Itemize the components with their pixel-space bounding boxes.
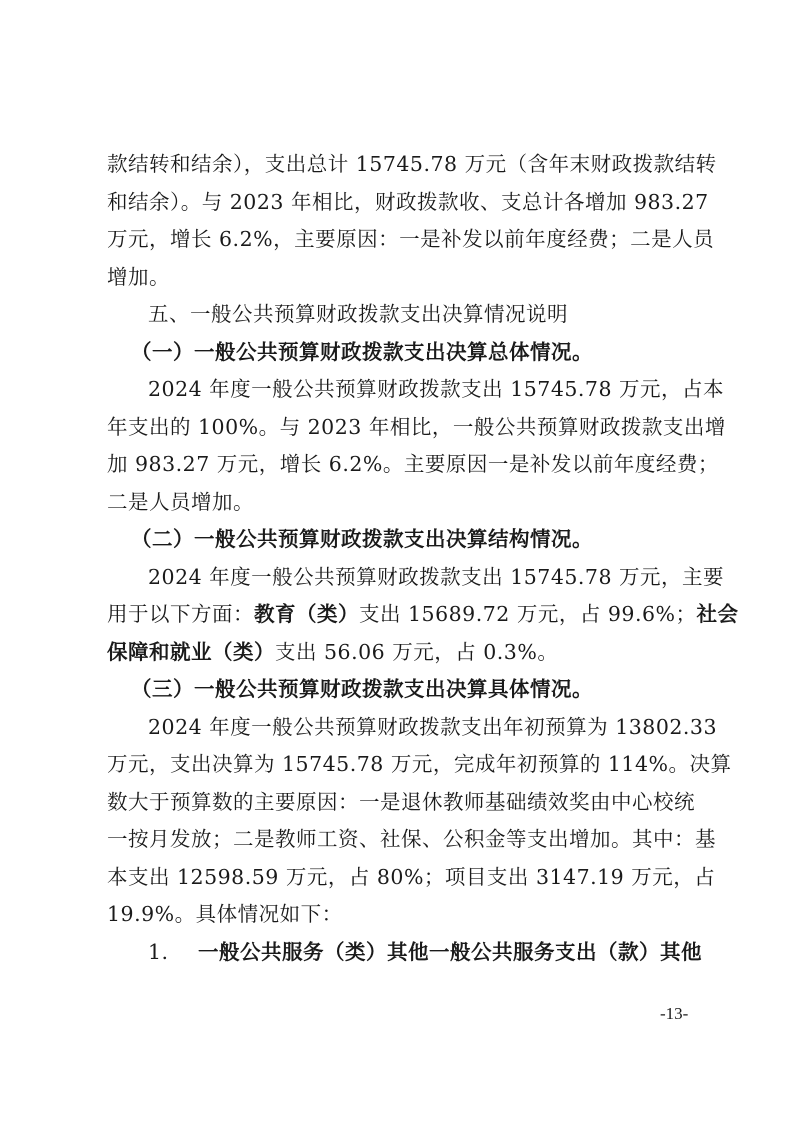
bold-category: 保障和就业（类）: [107, 640, 275, 664]
paragraph-line: 二是人员增加。: [107, 484, 692, 522]
paragraph-line: 款结转和结余），支出总计 15745.78 万元（含年末财政拨款结转: [107, 146, 692, 184]
paragraph-line: 一按月发放；二是教师工资、社保、公积金等支出增加。其中：基: [107, 821, 692, 859]
paragraph-line: 2024 年度一般公共预算财政拨款支出 15745.78 万元，主要: [107, 559, 692, 597]
item-title: 一般公共服务（类）其他一般公共服务支出（款）其他: [198, 940, 702, 964]
paragraph-line: 数大于预算数的主要原因：一是退休教师基础绩效奖由中心校统: [107, 784, 692, 822]
text-span: 支出 56.06 万元，占 0.3%。: [275, 640, 558, 664]
paragraph-line: 用于以下方面：教育（类）支出 15689.72 万元，占 99.6%；社会: [107, 596, 692, 634]
paragraph-line: 万元，支出决算为 15745.78 万元，完成年初预算的 114%。决算: [107, 746, 692, 784]
paragraph-line: 2024 年度一般公共预算财政拨款支出年初预算为 13802.33: [107, 709, 692, 747]
document-page: 款结转和结余），支出总计 15745.78 万元（含年末财政拨款结转 和结余）。…: [107, 146, 692, 971]
section-heading: 五、一般公共预算财政拨款支出决算情况说明: [107, 296, 692, 334]
paragraph-line: 2024 年度一般公共预算财政拨款支出 15745.78 万元，占本: [107, 371, 692, 409]
paragraph-line: 增加。: [107, 259, 692, 297]
paragraph-line: 万元，增长 6.2%，主要原因：一是补发以前年度经费；二是人员: [107, 221, 692, 259]
paragraph-line: 年支出的 100%。与 2023 年相比，一般公共预算财政拨款支出增: [107, 409, 692, 447]
subsection-heading: （三）一般公共预算财政拨款支出决算具体情况。: [107, 671, 692, 709]
subsection-heading: （二）一般公共预算财政拨款支出决算结构情况。: [107, 521, 692, 559]
paragraph-line: 和结余）。与 2023 年相比，财政拨款收、支总计各增加 983.27: [107, 184, 692, 222]
bold-category: 社会: [697, 602, 739, 626]
bold-category: 教育（类）: [254, 602, 359, 626]
subsection-heading: （一）一般公共预算财政拨款支出决算总体情况。: [107, 334, 692, 372]
paragraph-line: 19.9%。具体情况如下：: [107, 896, 692, 934]
page-number: -13-: [660, 1004, 688, 1024]
item-number: 1.: [148, 934, 198, 972]
paragraph-line: 保障和就业（类）支出 56.06 万元，占 0.3%。: [107, 634, 692, 672]
numbered-item: 1.一般公共服务（类）其他一般公共服务支出（款）其他: [107, 934, 692, 972]
text-span: 支出 15689.72 万元，占 99.6%；: [359, 602, 697, 626]
paragraph-line: 加 983.27 万元，增长 6.2%。主要原因一是补发以前年度经费；: [107, 446, 692, 484]
paragraph-line: 本支出 12598.59 万元，占 80%；项目支出 3147.19 万元，占: [107, 859, 692, 897]
text-span: 用于以下方面：: [107, 602, 254, 626]
